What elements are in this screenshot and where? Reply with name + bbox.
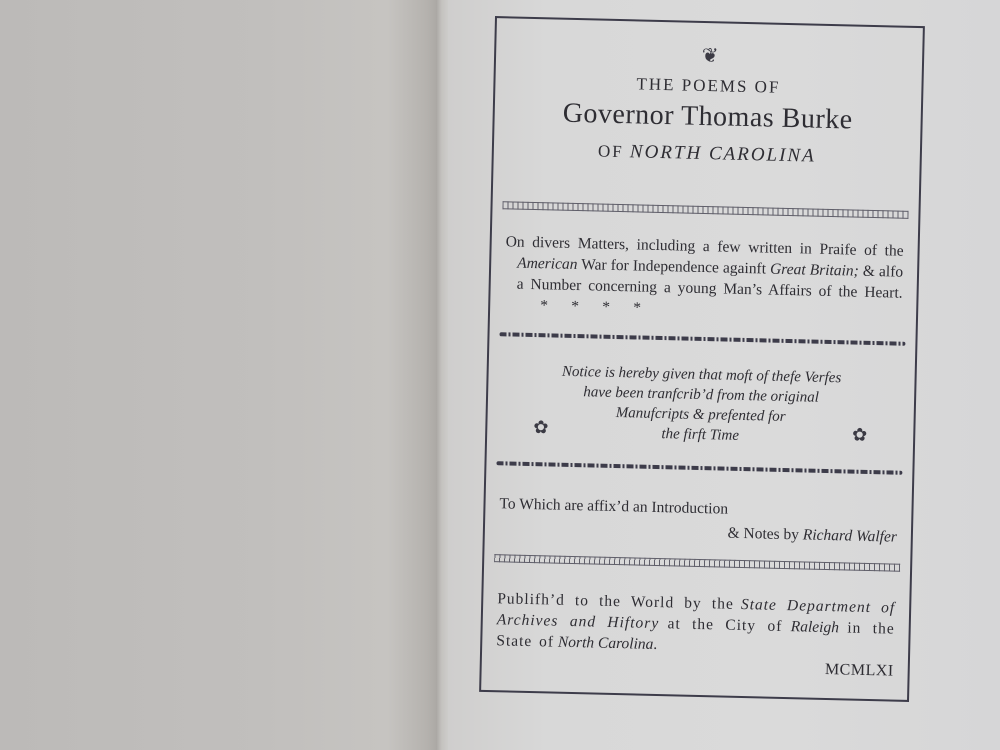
publisher-block: Publifh’d to the World by the State Depa… (496, 588, 896, 681)
title-state: OF NORTH CAROLINA (494, 138, 920, 170)
desc-italic-britain: Great Britain; (770, 261, 859, 280)
greek-key-divider-1 (502, 201, 908, 219)
title-main: Governor Thomas Burke (494, 96, 921, 138)
desc-text-2: War for Independence againft (581, 256, 766, 277)
scroll-ornament-icon: ❦ (496, 38, 922, 73)
publ-italic-raleigh: Raleigh (791, 618, 840, 636)
greek-key-divider-2 (494, 554, 900, 572)
desc-asterisks: * * * * (540, 297, 641, 316)
description-paragraph: On divers Matters, including a few writt… (504, 231, 904, 324)
intro-block: To Which are affix’d an Introduction & N… (499, 492, 898, 549)
wavy-rule-1 (499, 332, 905, 346)
fleuron-right-icon: ✿ (852, 425, 868, 446)
publication-year: MCMLXI (496, 651, 894, 681)
title-page-frame: ❦ THE POEMS OF Governor Thomas Burke OF … (479, 16, 925, 702)
left-page-blank (0, 0, 440, 750)
intro-notes-prefix: & Notes by (727, 525, 799, 544)
title-of: OF (598, 141, 624, 161)
desc-italic-american: American (517, 255, 578, 273)
publ-text-1: Publifh’d to the World by the (497, 590, 734, 613)
publ-text-2: at the City of (667, 615, 782, 635)
fleuron-left-icon: ✿ (533, 417, 549, 438)
publ-period: . (653, 636, 657, 653)
notice-block: Notice is hereby given that moft of thef… (487, 360, 915, 450)
title-page-content: ❦ THE POEMS OF Governor Thomas Burke OF … (481, 18, 923, 700)
publ-italic-state: North Carolina (558, 634, 654, 653)
wavy-rule-2 (496, 461, 902, 475)
title-state-name: NORTH CAROLINA (630, 141, 816, 166)
editor-name: Richard Walfer (803, 526, 897, 545)
